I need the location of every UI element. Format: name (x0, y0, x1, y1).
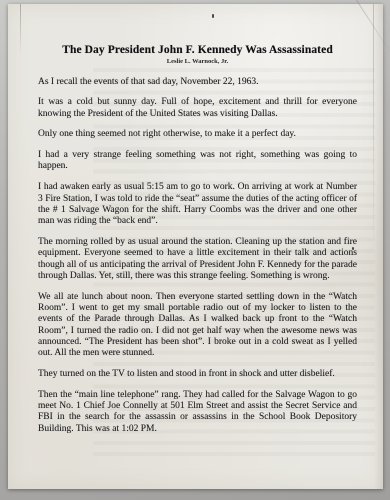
paragraph-one-thing: Only one thing seemed not right otherwis… (38, 129, 357, 140)
paragraph-intro: As I recall the events of that sad day, … (38, 77, 357, 88)
document-page: The Day President John F. Kennedy Was As… (8, 4, 383, 489)
paper-edge-shading (374, 4, 383, 489)
paragraph-strange-feeling: I had a very strange feeling something w… (38, 150, 357, 173)
paper-crease-left (20, 4, 21, 56)
document-byline: Leslie L. Warnock, Jr. (38, 58, 357, 66)
paragraph-main-line-telephone: Then the “main line telephone” rang. The… (38, 390, 357, 435)
document-title: The Day President John F. Kennedy Was As… (38, 44, 357, 57)
paragraph-morning-rolled-by: The morning rolled by as usual around th… (38, 237, 357, 282)
paper-fold-top-right (352, 0, 390, 60)
paragraph-turned-on-tv: They turned on the TV to listen and stoo… (38, 369, 357, 380)
ink-speck (212, 14, 214, 18)
document-body: The Day President John F. Kennedy Was As… (38, 44, 357, 435)
paragraph-cold-sunny-day: It was a cold but sunny day. Full of hop… (38, 97, 357, 120)
scan-canvas: { "document": { "title": "The Day Presid… (0, 0, 390, 500)
paragraph-awaken-early: I had awaken early as usual 5:15 am to g… (38, 182, 357, 227)
paragraph-lunch-watch-room: We all ate lunch about noon. Then everyo… (38, 292, 357, 360)
